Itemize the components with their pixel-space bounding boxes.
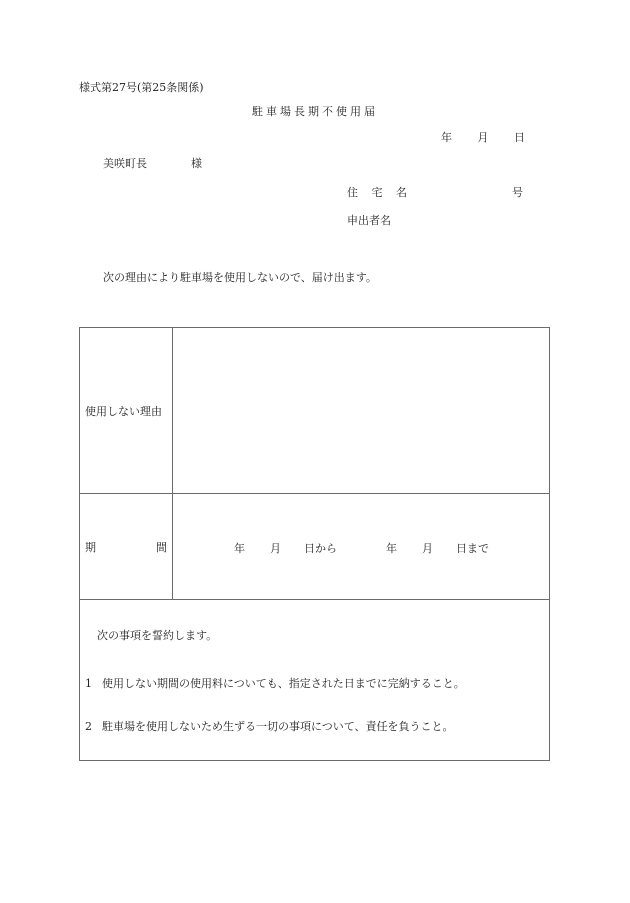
period-to-month: 月 — [422, 540, 433, 556]
document-title: 駐車場長期不使用届 — [252, 105, 378, 119]
form-table: 使用しない理由 期 間 年 月 日から 年 月 日まで 次の事項を誓約します。 … — [79, 327, 550, 761]
period-label: 期 間 — [85, 539, 167, 555]
reason-value-cell[interactable] — [173, 328, 549, 493]
form-number: 様式第27号(第25条関係) — [79, 81, 204, 95]
pledge-item-text: 使用しない期間の使用料についても、指定された日までに完納すること。 — [102, 677, 465, 690]
period-row: 期 間 年 月 日から 年 月 日まで — [80, 494, 549, 600]
reason-label-cell: 使用しない理由 — [80, 328, 173, 493]
period-label-part-2: 間 — [156, 539, 167, 555]
pledge-item: 2駐車場を使用しないため生ずる一切の事項について、責任を負うこと。 — [85, 718, 454, 734]
period-from-year: 年 — [234, 540, 245, 556]
date-day-label: 日 — [514, 131, 525, 145]
submission-date: 年 月 日 — [441, 131, 525, 145]
addressee-name: 美咲町長 — [103, 157, 147, 170]
reason-row: 使用しない理由 — [80, 328, 549, 494]
period-from-day: 日から — [304, 540, 337, 556]
pledge-item-number: 2 — [85, 720, 102, 733]
housing-name-field: 住 宅 名 号 — [347, 186, 412, 200]
pledge-item-number: 1 — [85, 677, 102, 690]
addressee-honorific: 様 — [191, 157, 202, 170]
date-year-label: 年 — [441, 131, 452, 145]
period-from-month: 月 — [270, 540, 281, 556]
pledge-intro: 次の事項を誓約します。 — [97, 627, 217, 643]
addressee: 美咲町長様 — [103, 157, 202, 171]
period-to-day: 日まで — [456, 540, 489, 556]
pledge-item-text: 駐車場を使用しないため生ずる一切の事項について、責任を負うこと。 — [102, 720, 454, 733]
reason-label: 使用しない理由 — [85, 403, 162, 419]
period-value-cell[interactable]: 年 月 日から 年 月 日まで — [173, 494, 549, 599]
housing-number-suffix: 号 — [512, 186, 523, 200]
applicant-name-field: 申出者名 — [347, 214, 391, 228]
applicant-name-label: 申出者名 — [347, 214, 391, 227]
period-label-part-1: 期 — [85, 539, 96, 555]
housing-name-label: 住 宅 名 — [347, 186, 412, 199]
pledge-item: 1使用しない期間の使用料についても、指定された日までに完納すること。 — [85, 675, 465, 691]
period-label-cell: 期 間 — [80, 494, 173, 599]
intro-statement: 次の理由により駐車場を使用しないので、届け出ます。 — [103, 271, 377, 285]
period-to-year: 年 — [386, 540, 397, 556]
date-month-label: 月 — [478, 131, 489, 145]
pledge-row: 次の事項を誓約します。 1使用しない期間の使用料についても、指定された日までに完… — [80, 600, 549, 761]
